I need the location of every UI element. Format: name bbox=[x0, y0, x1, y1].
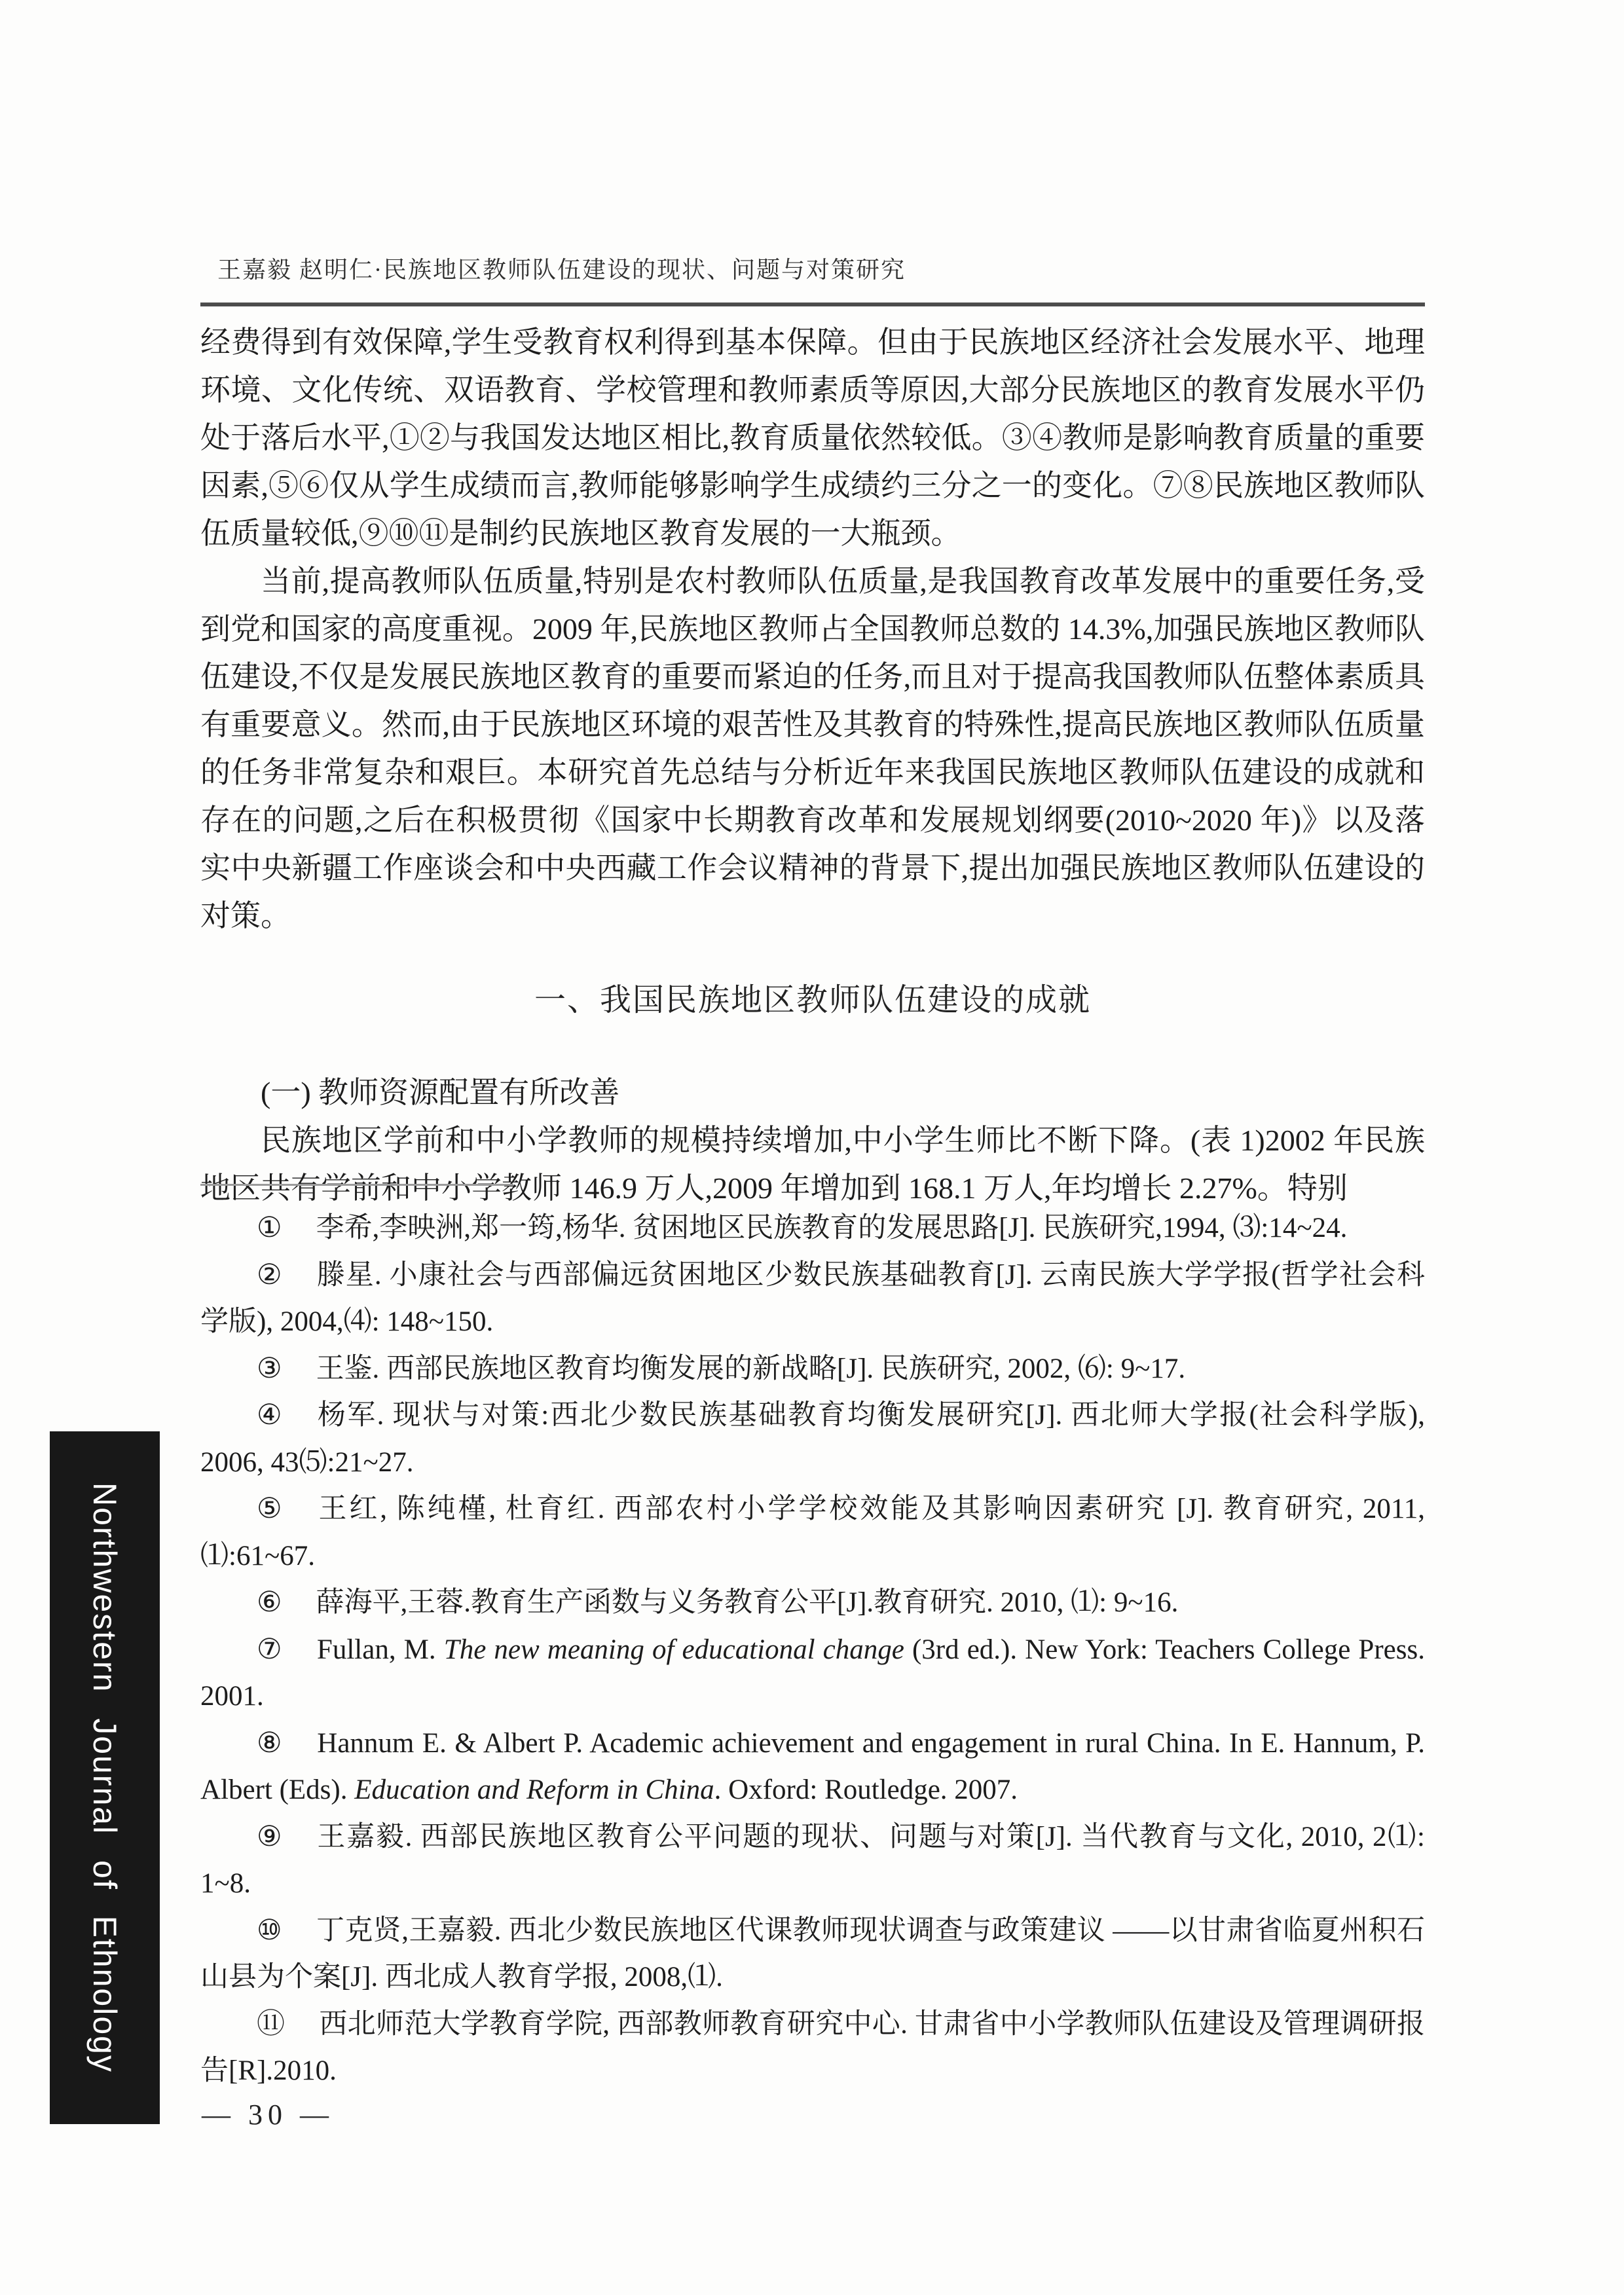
footnote-text: 王鉴. 西部民族地区教育均衡发展的新战略[J]. 民族研究, 2002, ⑹: … bbox=[316, 1353, 1186, 1384]
footnote-entry: ⑥薛海平,王蓉.教育生产函数与义务教育公平[J].教育研究. 2010, ⑴: … bbox=[200, 1579, 1425, 1626]
paragraph-2: 当前,提高教师队伍质量,特别是农村教师队伍质量,是我国教育改革发展中的重要任务,… bbox=[200, 557, 1425, 940]
footnote-marker: ② bbox=[257, 1260, 283, 1291]
footnote-text: 李希,李映洲,郑一筠,杨华. 贫困地区民族教育的发展思路[J]. 民族研究,19… bbox=[316, 1213, 1348, 1243]
journal-spine-bar: Northwestern Journal of Ethnology bbox=[50, 1431, 160, 2124]
footnote-marker: ⑩ bbox=[257, 1915, 282, 1946]
footnote-marker: ⑧ bbox=[257, 1728, 283, 1759]
article-body: 经费得到有效保障,学生受教育权利得到基本保障。但由于民族地区经济社会发展水平、地… bbox=[200, 318, 1425, 1212]
running-header: 王嘉毅 赵明仁·民族地区教师队伍建设的现状、问题与对策研究 bbox=[217, 251, 906, 285]
footnote-entry: ②滕星. 小康社会与西部偏远贫困地区少数民族基础教育[J]. 云南民族大学学报(… bbox=[200, 1252, 1425, 1346]
footnote-text: 滕星. 小康社会与西部偏远贫困地区少数民族基础教育[J]. 云南民族大学学报(哲… bbox=[200, 1260, 1425, 1338]
footnote-entry: ④杨军. 现状与对策:西北少数民族基础教育均衡发展研究[J]. 西北师大学报(社… bbox=[200, 1392, 1425, 1486]
footnote-marker: ⑪ bbox=[257, 2009, 285, 2040]
footnote-entry: ⑪西北师范大学教育学院, 西部教师教育研究中心. 甘肃省中小学教师队伍建设及管理… bbox=[200, 2001, 1425, 2095]
footnote-marker: ⑦ bbox=[257, 1634, 283, 1665]
footnote-marker: ⑨ bbox=[257, 1822, 283, 1852]
footnote-entry: ⑦Fullan, M. The new meaning of education… bbox=[200, 1626, 1425, 1720]
footnote-text: 丁克贤,王嘉毅. 西北少数民族地区代课教师现状调查与政策建议 ——以甘肃省临夏州… bbox=[200, 1915, 1425, 1993]
footnote-text: 西北师范大学教育学院, 西部教师教育研究中心. 甘肃省中小学教师队伍建设及管理调… bbox=[200, 2009, 1425, 2087]
footnote-text: . Oxford: Routledge. 2007. bbox=[714, 1774, 1018, 1805]
footnote-entry: ⑨王嘉毅. 西部民族地区教育公平问题的现状、问题与对策[J]. 当代教育与文化,… bbox=[200, 1814, 1425, 1907]
journal-page: 王嘉毅 赵明仁·民族地区教师队伍建设的现状、问题与对策研究 经费得到有效保障,学… bbox=[0, 0, 1624, 2295]
footnote-marker: ③ bbox=[257, 1353, 282, 1384]
footnote-entry: ⑤王红, 陈纯槿, 杜育红. 西部农村小学学校效能及其影响因素研究 [J]. 教… bbox=[200, 1486, 1425, 1579]
footnote-text: 薛海平,王蓉.教育生产函数与义务教育公平[J].教育研究. 2010, ⑴: 9… bbox=[316, 1587, 1179, 1618]
paragraph-1: 经费得到有效保障,学生受教育权利得到基本保障。但由于民族地区经济社会发展水平、地… bbox=[200, 318, 1425, 557]
footnote-marker: ④ bbox=[257, 1400, 284, 1431]
footnote-entry: ⑩丁克贤,王嘉毅. 西北少数民族地区代课教师现状调查与政策建议 ——以甘肃省临夏… bbox=[200, 1907, 1425, 2001]
footnote-title-italic: The new meaning of educational change bbox=[444, 1634, 904, 1665]
footnote-marker: ⑥ bbox=[257, 1587, 282, 1618]
spine-word: Journal bbox=[86, 1718, 124, 1835]
journal-spine-text: Northwestern Journal of Ethnology bbox=[50, 1431, 160, 2124]
footnote-marker: ① bbox=[257, 1213, 282, 1243]
paragraph-3: 民族地区学前和中小学教师的规模持续增加,中小学生师比不断下降。(表 1)2002… bbox=[200, 1116, 1425, 1212]
footnote-text: 王嘉毅. 西部民族地区教育公平问题的现状、问题与对策[J]. 当代教育与文化, … bbox=[200, 1822, 1425, 1900]
footnote-text: Fullan, M. bbox=[317, 1634, 444, 1665]
footnote-title-italic: Education and Reform in China bbox=[354, 1774, 714, 1805]
header-rule bbox=[200, 303, 1425, 306]
footnote-separator bbox=[200, 1184, 513, 1186]
section-heading: 一、我国民族地区教师队伍建设的成就 bbox=[200, 976, 1425, 1024]
footnote-text: 杨军. 现状与对策:西北少数民族基础教育均衡发展研究[J]. 西北师大学报(社会… bbox=[200, 1400, 1425, 1478]
page-number: — 30 — bbox=[202, 2098, 334, 2131]
footnote-marker: ⑤ bbox=[257, 1494, 284, 1524]
footnote-text: 王红, 陈纯槿, 杜育红. 西部农村小学学校效能及其影响因素研究 [J]. 教育… bbox=[200, 1494, 1425, 1571]
footnote-entry: ①李希,李映洲,郑一筠,杨华. 贫困地区民族教育的发展思路[J]. 民族研究,1… bbox=[200, 1205, 1425, 1252]
footnote-entry: ③王鉴. 西部民族地区教育均衡发展的新战略[J]. 民族研究, 2002, ⑹:… bbox=[200, 1346, 1425, 1393]
footnotes: ①李希,李映洲,郑一筠,杨华. 贫困地区民族教育的发展思路[J]. 民族研究,1… bbox=[200, 1205, 1425, 2095]
subsection-heading: (一) 教师资源配置有所改善 bbox=[200, 1069, 1425, 1116]
spine-word: Northwestern bbox=[86, 1482, 124, 1693]
spine-word: Ethnology bbox=[86, 1916, 124, 2073]
footnote-entry: ⑧Hannum E. & Albert P. Academic achievem… bbox=[200, 1720, 1425, 1814]
spine-word: of bbox=[86, 1860, 124, 1890]
